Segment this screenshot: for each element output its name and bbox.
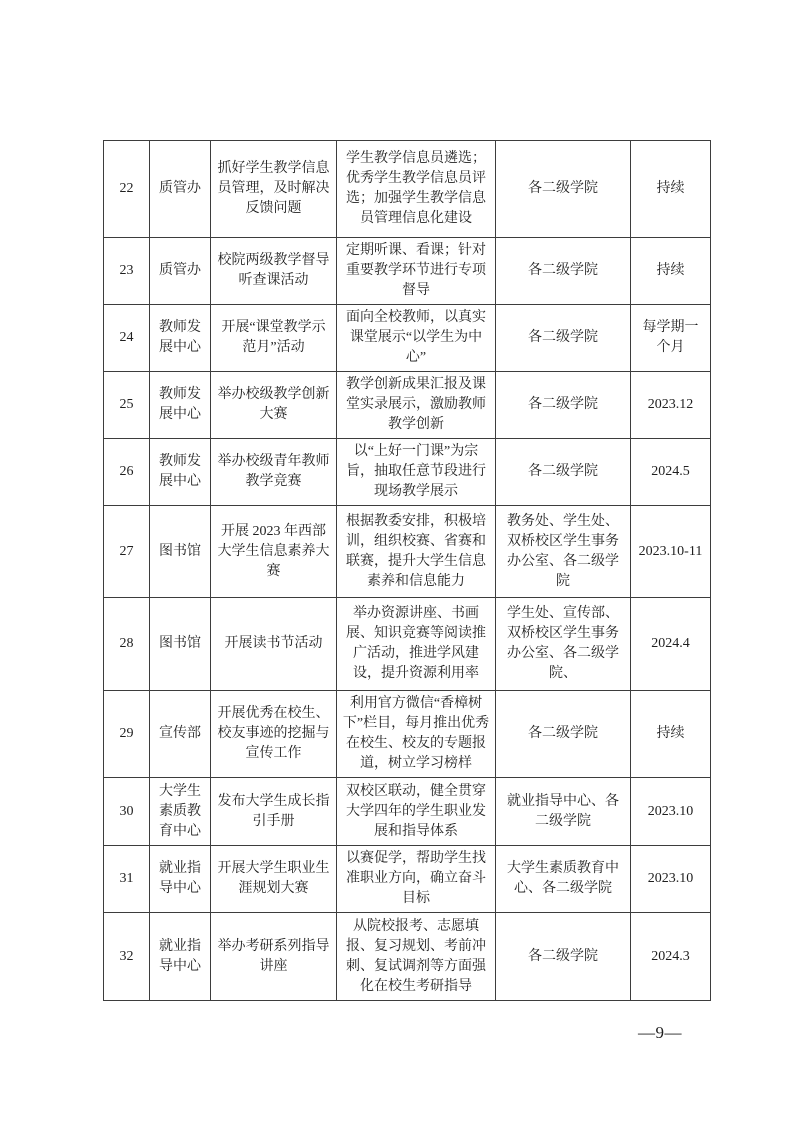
table-row: 22 质管办 抓好学生教学信息员管理，及时解决反馈问题 学生教学信息员遴选；优秀…	[104, 141, 711, 238]
work-plan-table: 22 质管办 抓好学生教学信息员管理，及时解决反馈问题 学生教学信息员遴选；优秀…	[103, 140, 711, 1001]
cell-responsible-units: 各二级学院	[496, 691, 631, 778]
cell-measures: 利用官方微信“香樟树下”栏目，每月推出优秀在校生、校友的专题报道，树立学习榜样	[337, 691, 496, 778]
table-row: 31 就业指导中心 开展大学生职业生涯规划大赛 以赛促学，帮助学生找准职业方向，…	[104, 846, 711, 913]
cell-task: 举办校级青年教师教学竞赛	[211, 439, 337, 506]
cell-department: 教师发展中心	[150, 305, 211, 372]
cell-measures: 定期听课、看课；针对重要教学环节进行专项督导	[337, 238, 496, 305]
table-row: 28 图书馆 开展读书节活动 举办资源讲座、书画展、知识竞赛等阅读推广活动，推进…	[104, 598, 711, 691]
cell-measures: 根据教委安排，积极培训，组织校赛、省赛和联赛，提升大学生信息素养和信息能力	[337, 506, 496, 598]
page-number: —9—	[620, 1023, 700, 1043]
cell-department: 教师发展中心	[150, 439, 211, 506]
cell-responsible-units: 各二级学院	[496, 439, 631, 506]
cell-task: 发布大学生成长指引手册	[211, 778, 337, 846]
cell-responsible-units: 各二级学院	[496, 305, 631, 372]
table-row: 30 大学生素质教育中心 发布大学生成长指引手册 双校区联动，健全贯穿大学四年的…	[104, 778, 711, 846]
cell-task: 开展优秀在校生、校友事迹的挖掘与宣传工作	[211, 691, 337, 778]
cell-task: 校院两级教学督导听查课活动	[211, 238, 337, 305]
cell-measures: 举办资源讲座、书画展、知识竞赛等阅读推广活动，推进学风建设，提升资源利用率	[337, 598, 496, 691]
cell-measures: 以“上好一门课”为宗旨，抽取任意节段进行现场教学展示	[337, 439, 496, 506]
cell-task: 举办校级教学创新大赛	[211, 372, 337, 439]
cell-responsible-units: 各二级学院	[496, 913, 631, 1001]
cell-index: 25	[104, 372, 150, 439]
cell-task: 开展读书节活动	[211, 598, 337, 691]
cell-task: 开展“课堂教学示范月”活动	[211, 305, 337, 372]
cell-measures: 教学创新成果汇报及课堂实录展示，激励教师教学创新	[337, 372, 496, 439]
cell-responsible-units: 各二级学院	[496, 141, 631, 238]
cell-measures: 双校区联动，健全贯穿大学四年的学生职业发展和指导体系	[337, 778, 496, 846]
cell-responsible-units: 大学生素质教育中心、各二级学院	[496, 846, 631, 913]
cell-responsible-units: 学生处、宣传部、双桥校区学生事务办公室、各二级学院、	[496, 598, 631, 691]
cell-index: 23	[104, 238, 150, 305]
table-row: 26 教师发展中心 举办校级青年教师教学竞赛 以“上好一门课”为宗旨，抽取任意节…	[104, 439, 711, 506]
cell-index: 29	[104, 691, 150, 778]
cell-index: 24	[104, 305, 150, 372]
cell-department: 质管办	[150, 238, 211, 305]
cell-schedule: 2023.10	[631, 846, 711, 913]
table-row: 32 就业指导中心 举办考研系列指导讲座 从院校报考、志愿填报、复习规划、考前冲…	[104, 913, 711, 1001]
table-row: 23 质管办 校院两级教学督导听查课活动 定期听课、看课；针对重要教学环节进行专…	[104, 238, 711, 305]
cell-department: 质管办	[150, 141, 211, 238]
cell-schedule: 持续	[631, 238, 711, 305]
table-row: 24 教师发展中心 开展“课堂教学示范月”活动 面向全校教师，以真实课堂展示“以…	[104, 305, 711, 372]
cell-department: 图书馆	[150, 598, 211, 691]
cell-department: 图书馆	[150, 506, 211, 598]
cell-index: 31	[104, 846, 150, 913]
cell-responsible-units: 各二级学院	[496, 372, 631, 439]
cell-measures: 以赛促学，帮助学生找准职业方向，确立奋斗目标	[337, 846, 496, 913]
cell-index: 27	[104, 506, 150, 598]
cell-schedule: 2023.10	[631, 778, 711, 846]
cell-task: 举办考研系列指导讲座	[211, 913, 337, 1001]
cell-schedule: 2024.5	[631, 439, 711, 506]
cell-schedule: 2023.12	[631, 372, 711, 439]
cell-schedule: 2024.3	[631, 913, 711, 1001]
cell-measures: 学生教学信息员遴选；优秀学生教学信息员评选；加强学生教学信息员管理信息化建设	[337, 141, 496, 238]
cell-index: 32	[104, 913, 150, 1001]
document-page: 22 质管办 抓好学生教学信息员管理，及时解决反馈问题 学生教学信息员遴选；优秀…	[0, 0, 793, 1122]
cell-measures: 面向全校教师，以真实课堂展示“以学生为中心”	[337, 305, 496, 372]
cell-measures: 从院校报考、志愿填报、复习规划、考前冲刺、复试调剂等方面强化在校生考研指导	[337, 913, 496, 1001]
cell-schedule: 持续	[631, 691, 711, 778]
table-row: 25 教师发展中心 举办校级教学创新大赛 教学创新成果汇报及课堂实录展示，激励教…	[104, 372, 711, 439]
cell-schedule: 2024.4	[631, 598, 711, 691]
cell-index: 28	[104, 598, 150, 691]
cell-schedule: 2023.10-11	[631, 506, 711, 598]
cell-index: 22	[104, 141, 150, 238]
cell-task: 开展 2023 年西部大学生信息素养大赛	[211, 506, 337, 598]
cell-schedule: 每学期一个月	[631, 305, 711, 372]
cell-department: 就业指导中心	[150, 846, 211, 913]
cell-department: 宣传部	[150, 691, 211, 778]
cell-responsible-units: 就业指导中心、各二级学院	[496, 778, 631, 846]
table-row: 27 图书馆 开展 2023 年西部大学生信息素养大赛 根据教委安排，积极培训，…	[104, 506, 711, 598]
cell-responsible-units: 各二级学院	[496, 238, 631, 305]
cell-responsible-units: 教务处、学生处、双桥校区学生事务办公室、各二级学院	[496, 506, 631, 598]
cell-schedule: 持续	[631, 141, 711, 238]
cell-task: 抓好学生教学信息员管理，及时解决反馈问题	[211, 141, 337, 238]
cell-index: 30	[104, 778, 150, 846]
cell-task: 开展大学生职业生涯规划大赛	[211, 846, 337, 913]
cell-department: 就业指导中心	[150, 913, 211, 1001]
cell-index: 26	[104, 439, 150, 506]
work-plan-table-body: 22 质管办 抓好学生教学信息员管理，及时解决反馈问题 学生教学信息员遴选；优秀…	[104, 141, 711, 1001]
cell-department: 大学生素质教育中心	[150, 778, 211, 846]
cell-department: 教师发展中心	[150, 372, 211, 439]
table-row: 29 宣传部 开展优秀在校生、校友事迹的挖掘与宣传工作 利用官方微信“香樟树下”…	[104, 691, 711, 778]
